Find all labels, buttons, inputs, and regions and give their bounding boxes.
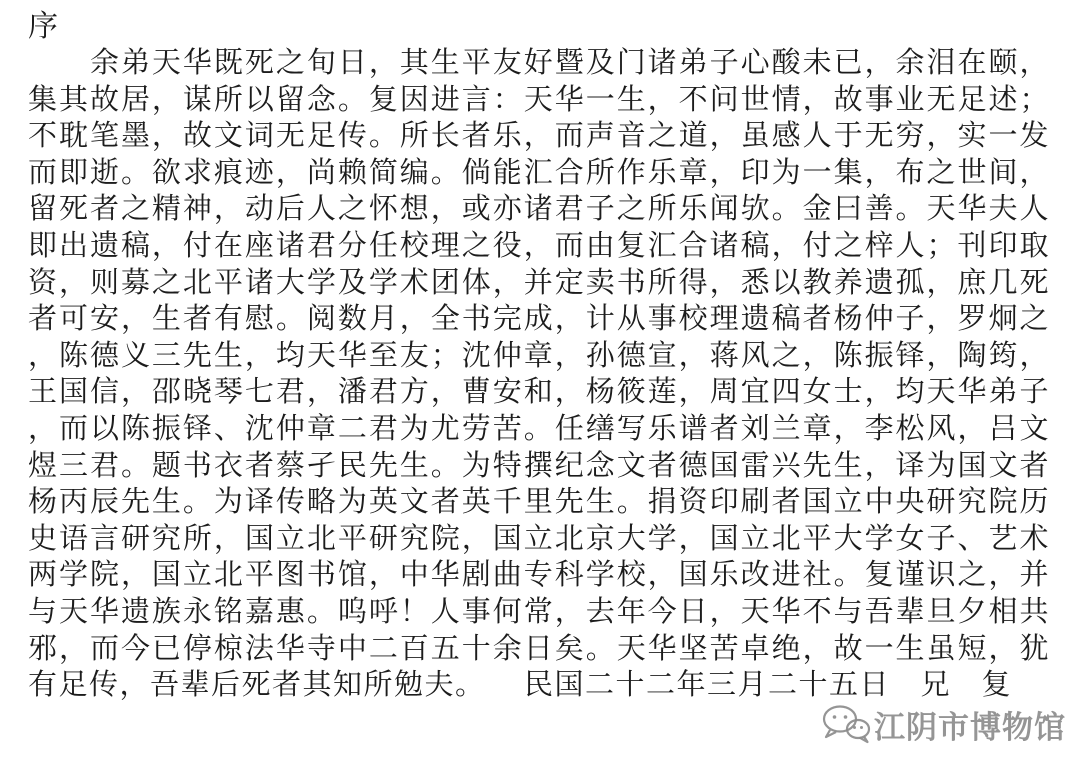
text-line: 史语言研究所，国立北平研究院，国立北京大学，国立北平大学女子、艺术 — [28, 521, 1050, 558]
text-line: 两学院，国立北平图书馆，中华剧曲专科学校，国乐改进社。复谨识之，并 — [28, 557, 1050, 594]
text-line: 与天华遗族永铭嘉惠。呜呼！人事何常，去年今日，天华不与吾辈旦夕相共 — [28, 594, 1050, 631]
wechat-icon — [820, 704, 872, 746]
text-line: 留死者之精神，动后人之怀想，或亦诸君子之所乐闻欤。金曰善。天华夫人 — [28, 191, 1050, 228]
text-line-last: 有足传，吾辈后死者其知所勉夫。 民国二十二年三月二十五日 兄 复 — [28, 667, 1050, 704]
text-line: 王国信，邵晓琴七君，潘君方，曹安和，杨筱莲，周宜四女士，均天华弟子 — [28, 374, 1050, 411]
text-line: 即出遗稿，付在座诸君分任校理之役，而由复汇合诸稿，付之梓人；刊印取 — [28, 228, 1050, 265]
text-line: 邪，而今已停椋法华寺中二百五十余日矣。天华坚苦卓绝，故一生虽短，犹 — [28, 631, 1050, 668]
text-line: 煜三君。题书衣者蔡孑民先生。为特撰纪念文者德国雷兴先生，译为国文者 — [28, 448, 1050, 485]
preface-body: 余弟天华既死之旬日，其生平友好暨及门诸弟子心酸未已，余泪在颐，集其故居，谋所以留… — [28, 45, 1050, 667]
text-line: 不耽笔墨，故文词无足传。所长者乐，而声音之道，虽感人于无穷，实一发 — [28, 118, 1050, 155]
text-line: 杨丙辰先生。为译传略为英文者英千里先生。捐资印刷者国立中央研究院历 — [28, 484, 1050, 521]
text-line: 资，则募之北平诸大学及学术团体，并定卖书所得，悉以教养遗孤，庶几死 — [28, 265, 1050, 302]
text-line: 者可安，生者有慰。阅数月，全书完成，计从事校理遗稿者杨仲子，罗炯之 — [28, 301, 1050, 338]
text-line: ，而以陈振铎、沈仲章二君为尤劳苦。任缮写乐谱者刘兰章，李松风，吕文 — [28, 411, 1050, 448]
text-line: 余弟天华既死之旬日，其生平友好暨及门诸弟子心酸未已，余泪在颐， — [28, 45, 1050, 82]
scanned-preface-page: 序 余弟天华既死之旬日，其生平友好暨及门诸弟子心酸未已，余泪在颐，集其故居，谋所… — [0, 0, 1080, 763]
text-line: 而即逝。欲求痕迹，尚赖简编。倘能汇合所作乐章，印为一集，布之世间， — [28, 155, 1050, 192]
text-line: 集其故居，谋所以留念。复因进言：天华一生，不问世情，故事业无足述； — [28, 82, 1050, 119]
signature-date: 民国二十二年三月二十五日 兄 复 — [524, 667, 1050, 704]
last-line-text: 有足传，吾辈后死者其知所勉夫。 — [28, 667, 486, 704]
text-line: ，陈德义三先生，均天华至友；沈仲章，孙德宣，蒋风之，陈振铎，陶筠， — [28, 338, 1050, 375]
museum-watermark: 江阴市博物馆 — [820, 702, 1066, 747]
watermark-label: 江阴市博物馆 — [874, 702, 1066, 747]
page-title: 序 — [28, 8, 1050, 45]
